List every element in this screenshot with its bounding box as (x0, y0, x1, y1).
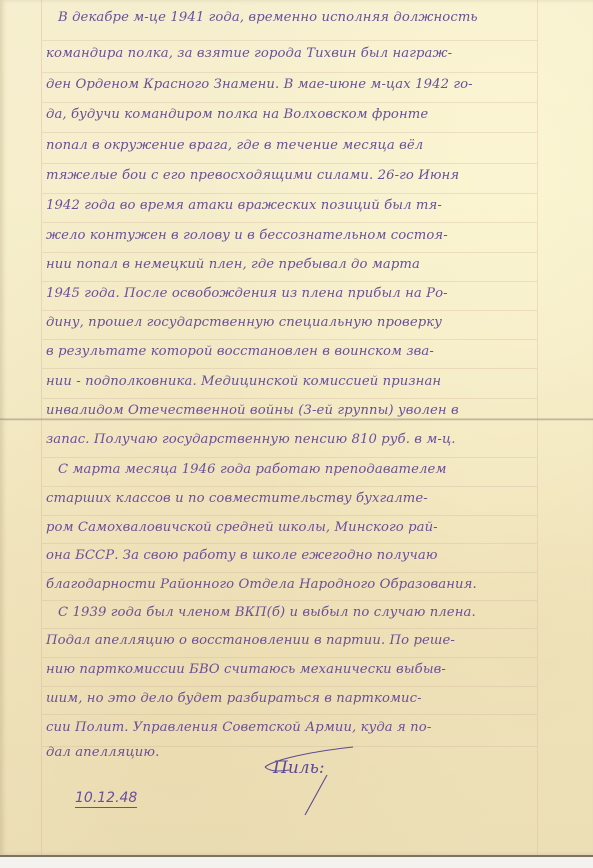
text-line: С 1939 года был членом ВКП(б) и выбыл по… (58, 603, 548, 623)
ruled-line (42, 252, 537, 253)
text-line: В декабре м-це 1941 года, временно испол… (58, 8, 548, 28)
text-line: тяжелые бои с его превосходящими силами.… (46, 166, 536, 186)
signature-text: Пиль: (273, 758, 325, 778)
text-line: Подал апелляцию о восстановлении в парти… (46, 631, 536, 651)
text-line: старших классов и по совместительству бу… (46, 489, 536, 509)
ruled-line (42, 457, 537, 458)
text-line: запас. Получаю государственную пенсию 81… (46, 430, 536, 450)
ruled-line (42, 515, 537, 516)
text-line: ром Самохваловичской средней школы, Минс… (46, 518, 536, 538)
text-line: да, будучи командиром полка на Волховско… (46, 105, 536, 125)
ruled-line (42, 193, 537, 194)
ruled-line (42, 72, 537, 73)
ruled-line (42, 486, 537, 487)
document-page: В декабре м-це 1941 года, временно испол… (0, 0, 593, 855)
text-line: С марта месяца 1946 года работаю препода… (58, 460, 548, 480)
ruled-line (42, 398, 537, 399)
ruled-line (42, 572, 537, 573)
ruled-line (42, 281, 537, 282)
ruled-line (42, 163, 537, 164)
text-line: 1945 года. После освобождения из плена п… (46, 284, 536, 304)
right-margin-line (537, 0, 538, 855)
text-line: попал в окружение врага, где в течение м… (46, 136, 536, 156)
ruled-line (42, 600, 537, 601)
left-margin-line (41, 0, 42, 855)
text-line: инвалидом Отечественной войны (3-ей груп… (46, 401, 536, 421)
text-line: 1942 года во время атаки вражеских позиц… (46, 196, 536, 216)
ruled-line (42, 132, 537, 133)
ruled-line (42, 686, 537, 687)
ruled-line (42, 40, 537, 41)
text-line: благодарности Районного Отдела Народного… (46, 575, 536, 595)
text-line: нию парткомиссии БВО считаюсь механическ… (46, 660, 536, 680)
text-line: в результате которой восстановлен в воин… (46, 342, 536, 362)
text-line: шим, но это дело будет разбираться в пар… (46, 689, 536, 709)
ruled-line (42, 714, 537, 715)
ruled-line (42, 368, 537, 369)
text-line: нии - подполковника. Медицинской комисси… (46, 372, 536, 392)
ruled-line (42, 310, 537, 311)
ruled-line (42, 543, 537, 544)
document-date: 10.12.48 (75, 790, 137, 808)
text-line: ден Орденом Красного Знамени. В мае-июне… (46, 75, 536, 95)
text-line: она БССР. За свою работу в школе ежегодн… (46, 546, 536, 566)
signature-flourish-icon (255, 745, 355, 825)
signature: Пиль: (255, 745, 355, 825)
ruled-line (42, 339, 537, 340)
text-line: сии Полит. Управления Советской Армии, к… (46, 718, 536, 738)
ruled-line (42, 657, 537, 658)
text-line: командира полка, за взятие города Тихвин… (46, 44, 536, 64)
ruled-line (42, 102, 537, 103)
text-line: жело контужен в голову и в бессознательн… (46, 226, 536, 246)
ruled-line (42, 222, 537, 223)
text-line: дину, прошел государственную специальную… (46, 313, 536, 333)
text-line: нии попал в немецкий плен, где пребывал … (46, 255, 536, 275)
ruled-line (42, 628, 537, 629)
